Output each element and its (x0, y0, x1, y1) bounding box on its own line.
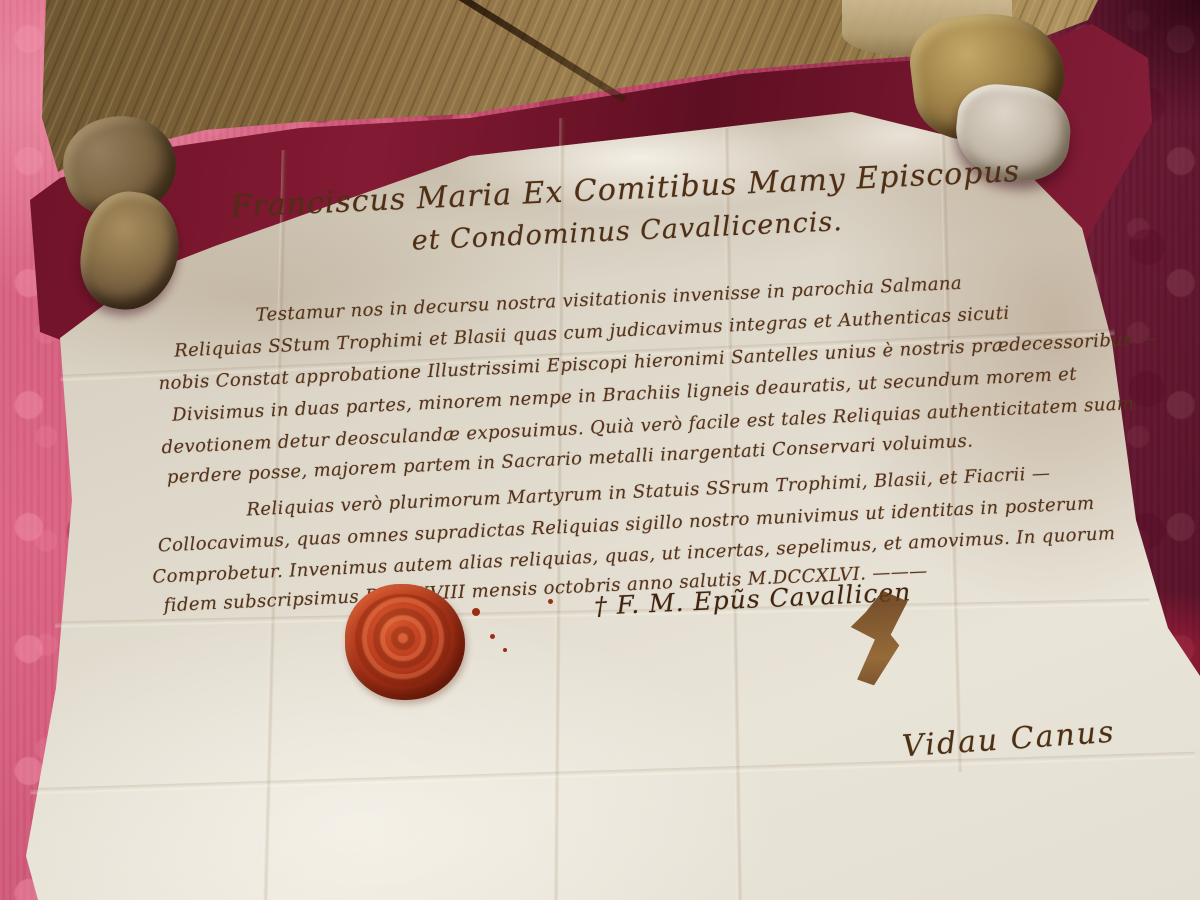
document-text: Franciscus Maria Ex Comitibus Mamy Episc… (119, 115, 1153, 720)
wax-droplet (472, 608, 480, 616)
wax-seal-imprint (355, 594, 455, 690)
wax-droplet (490, 634, 495, 639)
red-wax-seal (345, 584, 465, 700)
wax-droplet (548, 599, 553, 604)
wax-droplet (503, 648, 507, 652)
photo-of-reliquary-document: Franciscus Maria Ex Comitibus Mamy Episc… (0, 0, 1200, 900)
